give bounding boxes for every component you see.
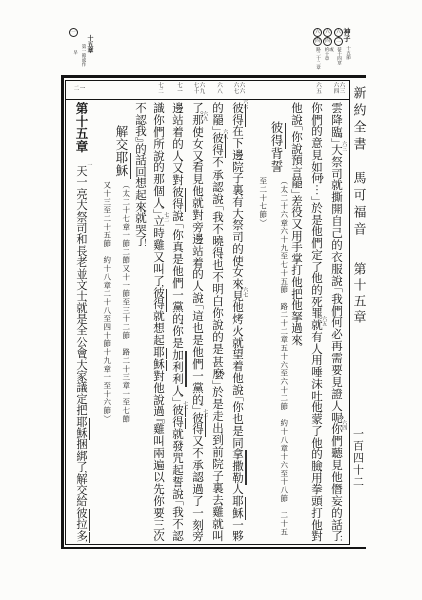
glyph: 士， [76,291,87,302]
proper-name-glyph: 拉 [76,519,87,530]
glyph-char: 一 [76,177,87,188]
footnote-marker-label: 一 [71,30,76,35]
glyph: 次 [153,531,165,543]
section-references: （太二十七章一節二節又十一節至三十二節 路二十三章一至七節 [122,181,130,423]
glyph-char: 大 [76,200,87,211]
glyph-char: 叫 [212,531,224,543]
punctuation: ！ [143,240,152,249]
footnote-marker-label: 六 [336,30,341,35]
footnote-marker: 四 [313,37,322,46]
verse-number: 七二 [163,212,168,222]
glyph: 和 [76,234,87,245]
verse-number: 六八 [222,129,227,139]
glyph-char: 穌 [116,165,129,178]
frame-border-bottom [61,547,366,550]
glyph: 了： [331,531,343,543]
footnote-line: 約十章 [324,47,329,61]
glyph: 全 [76,325,87,336]
glyph: 了！ [135,236,147,248]
frame-inner-top [65,80,350,81]
footnote-line: 十五節 [345,46,350,60]
chapter15-verse-column: 天一一亮，大祭司和長老並文士，就是全公會，大家議定，把耶穌捆綁了，解交給彼拉多； [74,166,90,542]
gospel-title: 馬可福音 [352,171,365,239]
glyph-char: 捆 [76,439,87,450]
verse-number: 六三 [341,141,346,151]
verse-column-10: 不認我﹄的話，回想起來，就哭了！ [133,103,149,248]
glyph-char: 和 [76,234,87,245]
footnote-line: 第一節或作 [81,44,86,67]
glyph-char: 次 [153,531,165,543]
footnote-marker-label: 四 [315,39,320,44]
glyph: 夥 [232,531,244,543]
section-references: 又十三至二十五節 約十八章二十八至四十節十九章一至十六節） [103,181,111,423]
glyph: 議 [76,382,87,393]
page-number: 一百四十二 [353,428,364,488]
glyph: 認 [172,531,184,543]
verse-column-7: 了。那六九使女又看見他，就對旁邊站着的人說：﹁這也是他們一黨的。﹂彼七十得又不承… [190,103,206,543]
glyph-char: 把 [76,405,87,416]
footnote-marker: 四 [323,37,332,46]
footnote-marker: 六 [334,28,343,37]
glyph: 會， [76,348,87,359]
footnote-marker: 一 [69,28,78,37]
glyph: 了， [76,462,87,473]
footnote-marker: 六 [313,28,322,37]
glyph: 給 [76,496,87,507]
frame-border-top [61,75,366,78]
punctuation: ： [339,535,348,544]
glyph: 老 [76,257,87,268]
verse-column-2: 你們的意見如何？︙﹂於是他們定了他的死罪。就六五有人用唾沫吐他，蒙了他的臉，用拳… [309,103,325,543]
footnote-marker-label: 六 [325,30,330,35]
footnote-marker: 六 [323,28,332,37]
glyph-char: 全 [76,325,87,336]
verse-number: 六六 [242,99,247,109]
glyph-char: 對 [311,531,323,543]
glyph-char: 給 [76,496,87,507]
verse-column-1: 雲降臨。﹂大六三祭司就撕開自己的衣服說：﹁我們何必再需要見證人呢？你六四們聽見他… [329,103,345,543]
frame-border-left [61,75,64,549]
band-verse-number: 六七 [232,82,238,94]
proper-name-glyph: 多； [76,531,87,542]
footnote-line: 徒十四章 [336,47,341,65]
glyph-char: 夥 [232,531,244,543]
punctuation: ； [84,535,93,544]
book-title: 新約全書 [352,86,365,154]
glyph: 對 [311,531,323,543]
footnote-marker-label: 四 [325,39,330,44]
chapter-heading: 第十五章 [74,103,90,153]
glyph-char: 老 [76,257,87,268]
footnote-marker-label: 六 [315,30,320,35]
footnote-line: 十五章 [86,35,92,53]
glyph-char: 議 [76,382,87,393]
frame-inner-left [65,80,66,545]
footnote-line: 早 [72,50,77,55]
footnote-marker: 二 [334,37,343,46]
glyph-char: 誓 [271,161,284,174]
glyph-char: 旁 [192,531,204,543]
verse-number: 一 [86,162,91,167]
glyph: 叫 [212,531,224,543]
punctuation: 。 [299,339,308,348]
section-heading-peter-denial: 彼得背誓 [269,122,285,174]
verse-number: 六四 [341,420,346,430]
glyph: 把 [76,405,87,416]
chapter-label: 第十五章 [352,262,365,326]
glyph: 誓 [271,161,284,174]
section-references: 至二十七節） [259,177,267,227]
band-verse-number: 六五 [315,82,321,94]
verse-number: 七十 [202,409,207,419]
glyph-char: 拉 [76,519,87,530]
footnote-term: 神子 [344,28,351,42]
band-verse-number: 七一 [176,82,182,94]
header-column-divider [349,80,350,545]
section-heading-jesus-delivered: 解交耶穌 [114,126,130,178]
frame-inner-bottom [65,544,350,545]
glyph: 大 [76,200,87,211]
verse-column-9: 識你們所說的那個人。﹂立七二時雞又叫了，彼得就想起耶穌對他說過﹃雞叫兩遍以先，你… [151,103,167,543]
verse-column-6: 的罷！﹂彼六八得不承認說：﹁我不曉得，也不明白你說的是甚麼？﹂於是走出，到前院子… [210,103,226,543]
verse-band-divider [65,99,350,100]
glyph: 旁 [192,531,204,543]
glyph-char: 章 [76,141,89,154]
verse-column-5: 彼六六得在下邊院子裏，有大祭司的使女來，見六七他烤火，就望着他說：﹁你也是同拿撒… [230,103,246,543]
verse-column-8: 邊站着的人，又對彼得說：﹁你真是他們一黨的；你是加利利人。﹂彼七一得就發咒起誓說… [170,103,186,543]
band-verse-number: 六八 [216,82,222,94]
verse-number: 六五 [321,316,326,326]
glyph-char: 認 [172,531,184,543]
proper-name-glyph: 穌 [116,165,129,178]
band-verse-number: 六四 [332,82,338,94]
verse-column-3: 他說：﹁你說預言罷！﹂差役又用手掌打他，把他拏過來。 [289,103,305,346]
footnote-marker-label: 二 [336,39,341,44]
section-references: （太二十六章六十九至七十五節 路二十二章五十六至六十二節 約十八章十六至十八節 … [280,177,288,536]
glyph: 一 [76,177,87,188]
glyph: 來。 [291,335,303,347]
band-verse-number: 二 [72,85,78,91]
glyph: 章 [76,141,89,154]
band-verse-number: 七十 [192,82,198,94]
verse-number: 七一 [182,401,187,411]
glyph: 捆 [76,439,87,450]
verse-number: 六七 [242,287,247,297]
band-verse-number: 七二 [157,82,163,94]
verse-number: 六九 [202,111,207,121]
footnote-line: 路二十二章 [315,47,320,70]
